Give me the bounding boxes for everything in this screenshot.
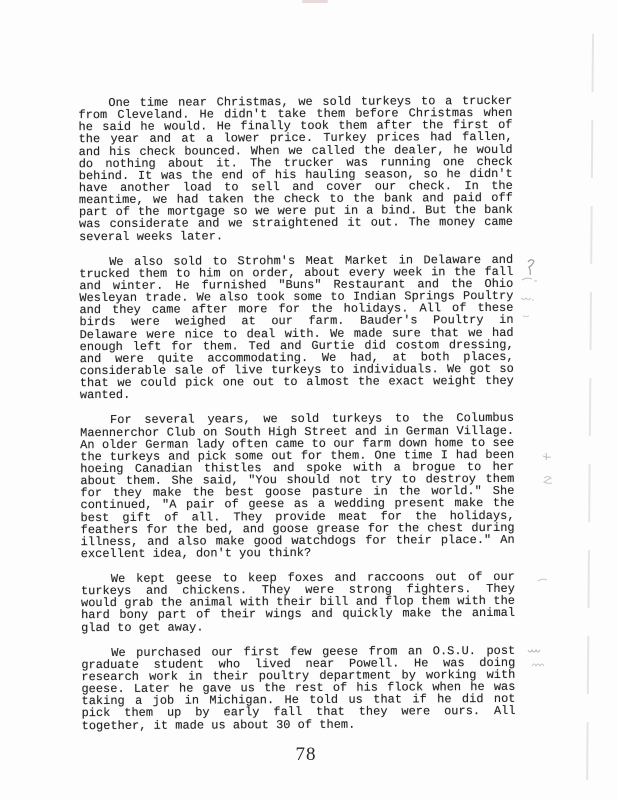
pencil-mark [538, 450, 556, 490]
text-line: that we could pick one out to almost the… [80, 375, 514, 389]
paragraph: For several years, we sold turkeys to th… [80, 412, 515, 560]
paragraph: One time near Christmas, we sold turkeys… [78, 95, 513, 243]
text-line: together, it made us about 30 of them. [82, 717, 516, 731]
pencil-mark [535, 574, 549, 586]
text-line: was considerate and we straightened it o… [79, 216, 513, 230]
page-number: 78 [0, 744, 612, 766]
page-text: One time near Christmas, we sold turkeys… [78, 95, 515, 732]
text-line: hard bony part of their wings and quickl… [81, 607, 515, 621]
paragraph: We kept geese to keep foxes and raccoons… [81, 571, 515, 634]
pencil-mark [518, 254, 542, 324]
scan-smudge-top [302, 0, 328, 3]
paragraph: We purchased our first few geese from an… [81, 645, 515, 732]
text-line: glad to get away. [81, 619, 515, 633]
paragraph: We also sold to Strohm's Meat Market in … [79, 254, 514, 402]
text-line: several weeks later. [79, 228, 513, 242]
scanned-page: One time near Christmas, we sold turkeys… [0, 0, 618, 800]
pencil-mark [524, 642, 550, 678]
page-edge-line [586, 34, 594, 796]
text-line: excellent idea, don't you think? [81, 546, 515, 560]
